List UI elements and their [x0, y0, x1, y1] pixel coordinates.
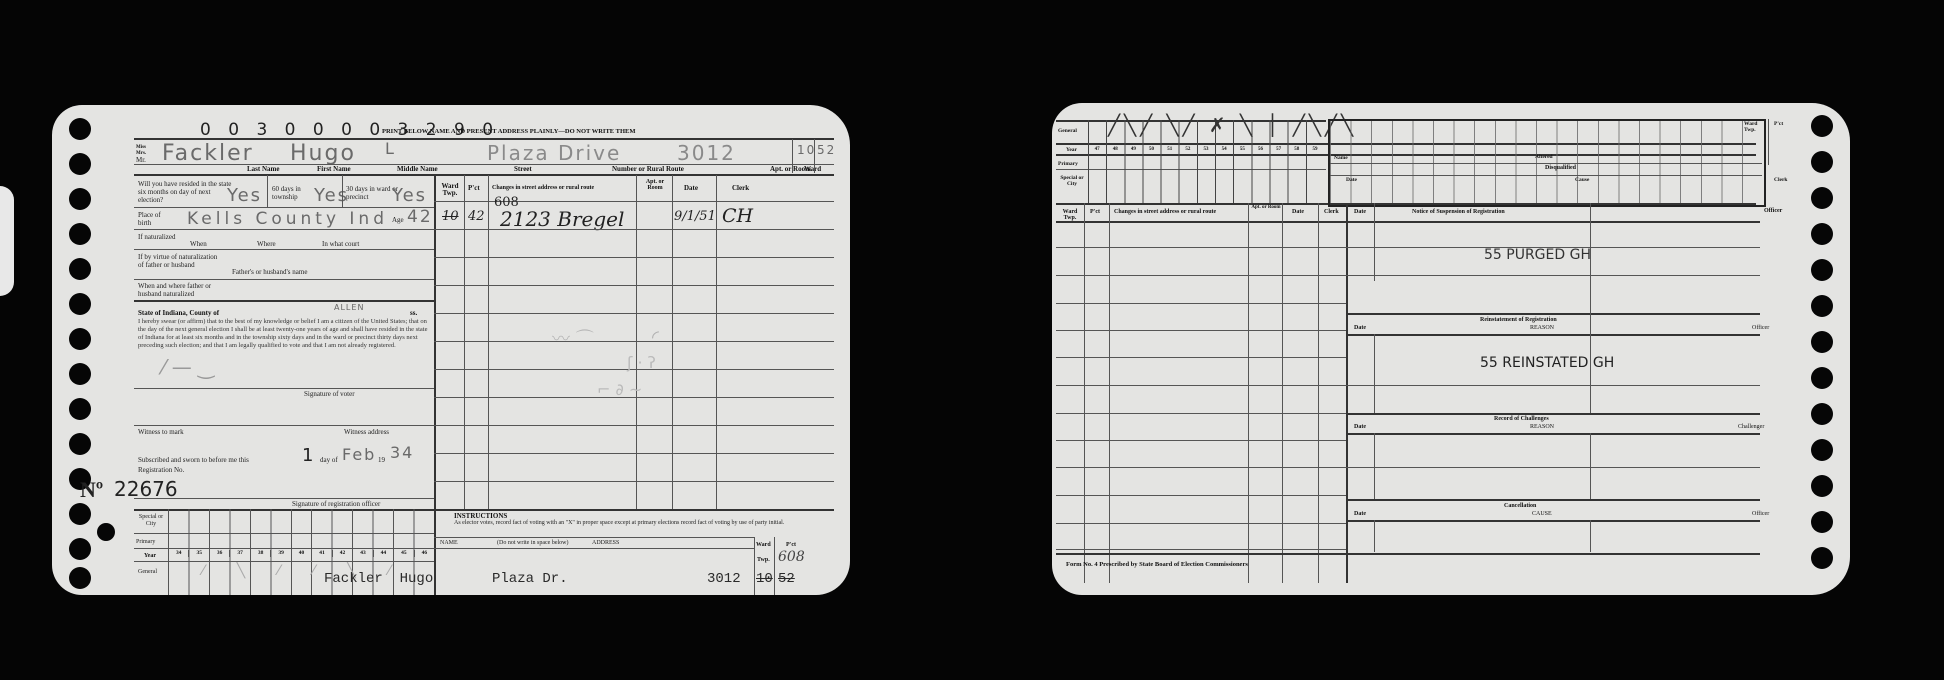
- corner-ward-label: Ward Twp.: [1744, 121, 1764, 133]
- sworn-year-prefix: 19: [378, 457, 385, 464]
- changes-header-date: Date: [1292, 209, 1304, 216]
- footer-pct-label: P'ct: [786, 542, 796, 549]
- oath-text: I hereby swear (or affirm) that to the b…: [138, 318, 434, 350]
- grid-label-primary: Primary: [136, 539, 155, 546]
- general-vote-marks: ╱╲╱ ╲╱ ✗ ╲ │ ╱╲╱╲: [1108, 113, 1357, 137]
- sworn-year: 34: [390, 443, 414, 462]
- last-name-label: Last Name: [247, 166, 279, 173]
- grid-label-primary: Primary: [1058, 161, 1078, 168]
- suspension-header-notice: Notice of Suspension of Registration: [1412, 209, 1505, 216]
- changes-header-ward: Ward Twp.: [1058, 209, 1082, 221]
- birth-value: Kells County Ind: [187, 209, 388, 229]
- changes-header-date: Date: [684, 185, 698, 192]
- instructions-title: INSTRUCTIONS: [454, 513, 507, 520]
- first-name-value: Hugo: [290, 141, 356, 166]
- change-clerk: CH: [722, 205, 753, 227]
- suspension-entry: 55 PURGED GH: [1484, 247, 1591, 263]
- first-name-label: First Name: [317, 166, 351, 173]
- change-ward: 10: [442, 209, 459, 224]
- year-cell: 51: [1161, 146, 1179, 153]
- naturalized-court-label: In what court: [322, 241, 359, 248]
- year-cell: 59: [1306, 146, 1324, 153]
- footer-ward-label: Ward: [756, 542, 771, 549]
- sworn-month: Feb: [342, 445, 376, 464]
- voter-signature-scribble: ⁄ — ‿: [162, 355, 214, 379]
- changes-header-apt: Apt. or Room: [640, 179, 670, 191]
- naturalized-where-label: Where: [257, 241, 276, 248]
- reinstatement-entry: 55 REINSTATED GH: [1480, 355, 1614, 371]
- boxed-label-name: Name: [1334, 155, 1348, 162]
- footer-ward-value: 10: [756, 571, 773, 587]
- changes-header-address: Changes in street address or rural route: [1114, 209, 1216, 216]
- top-notice: PRINT BELOW NAME AND PRESENT ADDRESS PLA…: [382, 128, 636, 135]
- challenges-title: Record of Challenges: [1494, 416, 1549, 423]
- boxed-label-cause: Cause: [1575, 177, 1589, 184]
- year-cell: 54: [1215, 146, 1233, 153]
- age-label: Age: [392, 217, 404, 224]
- cancellation-header-officer: Officer: [1752, 511, 1769, 518]
- footer-name-label: NAME: [440, 540, 458, 547]
- reinstatement-title: Reinstatement of Registration: [1480, 317, 1557, 324]
- faint-pencil-scribble: 〰 ⌒: [552, 325, 594, 351]
- change-date: 9/1/51: [674, 209, 716, 224]
- registration-card-front: 0 0 3 0 0 0 0 3 2 9 0 PRINT BELOW NAME A…: [52, 105, 850, 595]
- naturalized-when-label: When: [190, 241, 207, 248]
- reinstatement-header-reason: REASON: [1530, 325, 1554, 332]
- registration-card-back: General Year Primary Special or City 47 …: [1052, 103, 1850, 595]
- boxed-grid-columns: [1330, 121, 1762, 203]
- footer-number-value: 3012: [707, 571, 741, 587]
- changes-header-pct: P'ct: [1090, 209, 1100, 216]
- oath-county: ALLEN: [334, 304, 364, 311]
- changes-header-apt: Apt. or Room: [1251, 205, 1281, 210]
- footer-pct-value: 52: [778, 571, 795, 587]
- change-pct: 42: [468, 209, 485, 224]
- witness-label: Witness to mark: [138, 429, 184, 436]
- changes-header-ward: Ward Twp.: [438, 183, 462, 197]
- father-when-where-label: When and where father or husband natural…: [138, 282, 228, 298]
- faint-pencil-scribble-4: ⌐ ∂ ~: [597, 380, 642, 399]
- year-cell: 53: [1197, 146, 1215, 153]
- sworn-day-of: day of: [320, 457, 338, 464]
- faint-pencil-scribble-2: ◜: [652, 327, 659, 348]
- corner-officer-label: Officer: [1764, 208, 1782, 215]
- boxed-label-altered: Altered: [1535, 154, 1553, 161]
- grid-label-general: General: [138, 569, 157, 576]
- number-value: 3012: [677, 141, 736, 165]
- street-value: Plaza Drive: [487, 141, 621, 165]
- middle-name-value: L: [385, 139, 396, 158]
- sworn-day: 1: [302, 445, 315, 466]
- residency-question: Will you have resided in the state six m…: [138, 180, 233, 204]
- signature-voter-label: Signature of voter: [304, 391, 355, 398]
- suspension-header-date: Date: [1354, 209, 1366, 216]
- age-value: 42: [407, 207, 433, 227]
- boxed-label-disqualified: Disqualified: [1545, 165, 1576, 172]
- year-row: 47 48 49 50 51 52 53 54 55 56 57 58 59: [1088, 146, 1324, 153]
- middle-name-label: Middle Name: [397, 166, 438, 173]
- grid-label-general: General: [1058, 128, 1077, 135]
- grid-label-special: Special or City: [1060, 175, 1084, 187]
- corner-pct-label: P'ct: [1774, 121, 1783, 128]
- year-cell: 48: [1106, 146, 1124, 153]
- birth-label: Place of birth: [138, 211, 168, 227]
- ward-label: Ward: [804, 166, 821, 173]
- challenges-header-reason: REASON: [1530, 424, 1554, 431]
- year-cell: 57: [1270, 146, 1288, 153]
- instructions-text: As elector votes, record fact of voting …: [454, 520, 799, 527]
- naturalized-label: If naturalized: [138, 233, 178, 241]
- footer-twp-label: Twp.: [757, 557, 770, 564]
- reinstatement-header-officer: Officer: [1752, 325, 1769, 332]
- year-cell: 47: [1088, 146, 1106, 153]
- boxed-label-date: Date: [1346, 177, 1357, 184]
- township-question: 60 days in township: [272, 185, 317, 201]
- father-naturalization-label: If by virtue of naturalization of father…: [138, 253, 223, 269]
- witness-address-label: Witness address: [344, 429, 389, 436]
- last-name-value: Fackler: [162, 141, 254, 166]
- year-cell: 52: [1179, 146, 1197, 153]
- title-mr: Mr.: [136, 157, 146, 164]
- corner-clerk-label: Clerk: [1774, 177, 1787, 184]
- changes-header-clerk: Clerk: [1324, 209, 1339, 216]
- father-name-label: Father's or husband's name: [232, 269, 307, 276]
- footer-name-value: Fackler Hugo: [324, 571, 433, 587]
- registration-no-prefix: Nº: [80, 477, 103, 503]
- grid-label-special: Special or City: [136, 514, 166, 528]
- reinstatement-header-date: Date: [1354, 325, 1366, 332]
- registration-label: Registration No.: [138, 467, 184, 474]
- changes-header-address: Changes in street address or rural route: [492, 185, 594, 192]
- sworn-text: Subscribed and sworn to before me this: [138, 457, 249, 464]
- changes-header-clerk: Clerk: [732, 185, 749, 192]
- township-answer: Yes: [314, 185, 349, 206]
- year-cell: 55: [1233, 146, 1251, 153]
- oath-ss: ss.: [410, 310, 417, 317]
- cancellation-header-cause: CAUSE: [1532, 511, 1552, 518]
- cancellation-header-date: Date: [1354, 511, 1366, 518]
- footer-address-label: ADDRESS: [592, 540, 619, 547]
- street-label: Street: [514, 166, 532, 173]
- change-address: 2123 Bregel: [500, 207, 624, 231]
- pct-value: 52: [817, 143, 836, 157]
- oath-state-line: State of Indiana, County of: [138, 310, 219, 317]
- year-cell: 56: [1251, 146, 1269, 153]
- faint-pencil-scribble-3: ʃ · ʔ: [627, 353, 656, 372]
- footer-address-value: Plaza Dr.: [492, 571, 568, 587]
- number-label: Number or Rural Route: [612, 166, 684, 173]
- year-cell: 49: [1124, 146, 1142, 153]
- grid-label-year: Year: [1066, 147, 1077, 154]
- year-cell: 58: [1288, 146, 1306, 153]
- footer-note: (Do not write in space below): [497, 540, 568, 547]
- form-footer: Form No. 4 Prescribed by State Board of …: [1066, 561, 1248, 568]
- film-edge-artifact: [0, 186, 14, 296]
- changes-header-pct: P'ct: [468, 185, 480, 192]
- signature-officer-label: Signature of registration officer: [292, 501, 380, 508]
- residency-state-answer: Yes: [227, 185, 262, 206]
- challenges-header-challenger: Challenger: [1738, 424, 1764, 431]
- grid-label-year: Year: [144, 553, 156, 560]
- challenges-header-date: Date: [1354, 424, 1366, 431]
- ward-answer: Yes: [392, 185, 427, 206]
- footer-pct-new: 608: [778, 549, 805, 565]
- year-cell: 50: [1142, 146, 1160, 153]
- cancellation-title: Cancellation: [1504, 503, 1536, 510]
